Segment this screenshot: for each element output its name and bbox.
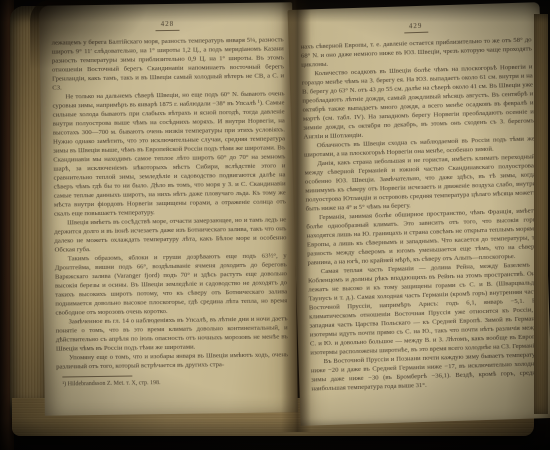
page-number-rule-right xyxy=(404,32,428,34)
paragraph: Въ Восточной Пруссіи и Познани почти каж… xyxy=(310,350,542,393)
page-number-left: 428 xyxy=(51,18,283,30)
footnote-rule xyxy=(62,376,132,378)
footnote: ¹) Hildebrandsson Z. Met. т. X, стр. 198… xyxy=(62,377,288,388)
book-photo: 428 лежащемъ у берега Балтійскаго моря, … xyxy=(0,0,550,450)
paragraph: Германія, занимая болѣе обширное простра… xyxy=(306,206,539,267)
paragraph: лежащемъ у берега Балтійскаго моря, разн… xyxy=(52,35,285,92)
paragraph: Не только на дальнемъ сѣверѣ Швеціи, но … xyxy=(52,89,286,218)
paragraph: Данія, какъ страна небольшая и не горист… xyxy=(304,152,537,213)
paragraph: Замѣченное въ гл. 14 о наблюденіяхъ въ У… xyxy=(56,314,288,353)
paragraph: Такимъ образомъ, яблоки и груши дозрѣваю… xyxy=(55,251,288,317)
left-page: 428 лежащемъ у берега Балтійскаго моря, … xyxy=(39,2,298,415)
right-page-text-block: 429 нахъ сѣверной Европы, т. е. давленіе… xyxy=(288,2,550,394)
right-page: 429 нахъ сѣверной Европы, т. е. давленіе… xyxy=(288,2,550,426)
paragraph: Швеція имѣетъ въ сосѣдствѣ море, отчасти… xyxy=(54,215,286,254)
page-fore-edge-right xyxy=(534,14,548,414)
paragraph: Количество осадковъ въ Швеціи болѣе чѣмъ… xyxy=(301,62,534,141)
paragraph: Упомяну еще о томъ, что и изобары января… xyxy=(56,350,288,371)
left-page-text-block: 428 лежащемъ у берега Балтійскаго моря, … xyxy=(39,2,297,388)
paragraph: Самая теплая часть Германіи — долина Рей… xyxy=(308,260,542,357)
page-number-rule-left xyxy=(156,30,180,31)
